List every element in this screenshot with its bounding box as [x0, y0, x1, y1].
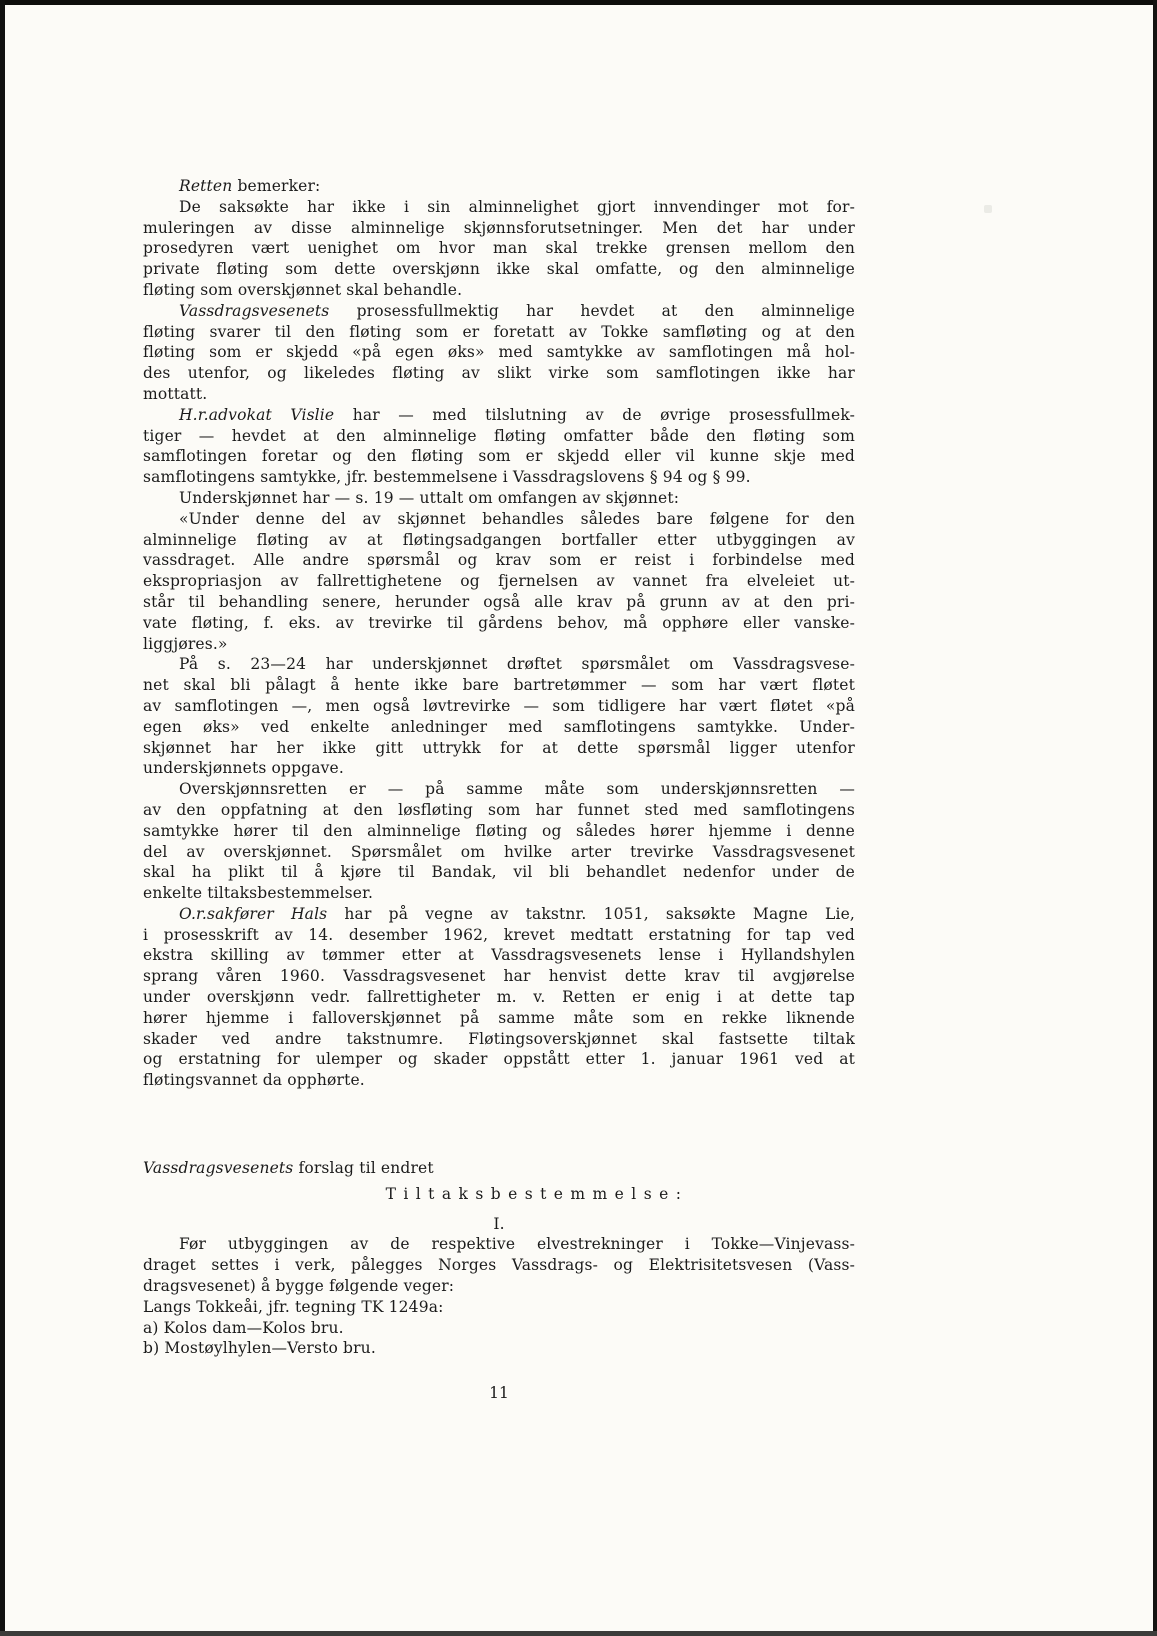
text-line: Før utbyggingen av de respektive elvestr…	[143, 1234, 855, 1255]
text-segment: under overskjønn vedr. fallrettigheter m…	[143, 988, 855, 1006]
text-line: Vassdragsvesenets prosessfullmektig har …	[143, 301, 855, 322]
text-line: av den oppfatning at den løsfløting som …	[143, 800, 855, 821]
text-line: i prosesskrift av 14. desember 1962, kre…	[143, 925, 855, 946]
text-segment: egen øks» ved enkelte anledninger med sa…	[143, 718, 855, 736]
text-line: H.r.advokat Vislie har — med tilslutning…	[143, 405, 855, 426]
text-line: Retten bemerker:	[143, 176, 855, 197]
text-segment: alminnelige fløting av at fløtingsadgang…	[143, 531, 855, 549]
text-segment: har på vegne av takstnr. 1051, saksøkte …	[327, 905, 855, 923]
text-segment: Underskjønnet har — s. 19 — uttalt om om…	[179, 489, 679, 507]
text-line: ekspropriasjon av fallrettighetene og fj…	[143, 571, 855, 592]
text-segment: fløting svarer til den fløting som er fo…	[143, 323, 855, 341]
text-segment: ekstra skilling av tømmer etter at Vassd…	[143, 946, 855, 964]
text-line: vate fløting, f. eks. av trevirke til gå…	[143, 613, 855, 634]
text-line: alminnelige fløting av at fløtingsadgang…	[143, 530, 855, 551]
text-line: står til behandling senere, herunder ogs…	[143, 592, 855, 613]
italic-text-segment: Retten	[179, 177, 232, 195]
text-segment: «Under denne del av skjønnet behandles s…	[179, 510, 855, 528]
text-line: fløtingsvannet da opphørte.	[143, 1070, 855, 1091]
text-segment: dragsvesenet) å bygge følgende veger:	[143, 1277, 454, 1295]
scan-edge-bottom	[0, 1631, 1157, 1636]
text-line: De saksøkte har ikke i sin alminnelighet…	[143, 197, 855, 218]
text-line: skjønnet har her ikke gitt uttrykk for a…	[143, 738, 855, 759]
text-line: Tiltaksbestemmelse:	[143, 1184, 855, 1205]
text-line: net skal bli pålagt å hente ikke bare ba…	[143, 675, 855, 696]
text-segment: vate fløting, f. eks. av trevirke til gå…	[143, 614, 855, 632]
text-segment: Tiltaksbestemmelse:	[386, 1185, 689, 1203]
text-segment: skjønnet har her ikke gitt uttrykk for a…	[143, 739, 855, 757]
text-line: private fløting som dette overskjønn ikk…	[143, 259, 855, 280]
text-segment: og erstatning for ulemper og skader opps…	[143, 1050, 855, 1068]
text-segment: ekspropriasjon av fallrettighetene og fj…	[143, 572, 855, 590]
text-segment: prosessfullmektig har hevdet at den almi…	[329, 302, 855, 320]
scanned-document-page: { "document": { "page_number": "11", "li…	[0, 0, 1157, 1636]
text-segment: a) Kolos dam—Kolos bru.	[143, 1319, 344, 1337]
page-number: 11	[143, 1384, 855, 1402]
text-line: «Under denne del av skjønnet behandles s…	[143, 509, 855, 530]
text-segment: I.	[493, 1215, 504, 1233]
text-line: draget settes i verk, pålegges Norges Va…	[143, 1255, 855, 1276]
text-segment: enkelte tiltaksbestemmelser.	[143, 884, 373, 902]
text-segment: hører hjemme i falloverskjønnet på samme…	[143, 1009, 855, 1027]
text-segment: muleringen av disse alminnelige skjønnsf…	[143, 219, 855, 237]
italic-text-segment: Vassdragsvesenets	[179, 302, 329, 320]
text-line: Overskjønnsretten er — på samme måte som…	[143, 779, 855, 800]
text-segment: liggjøres.»	[143, 635, 228, 653]
scan-edge-right	[1153, 0, 1157, 1636]
text-line: ekstra skilling av tømmer etter at Vassd…	[143, 945, 855, 966]
text-segment: skal ha plikt til å kjøre til Bandak, vi…	[143, 863, 855, 881]
text-line: I.	[143, 1214, 855, 1235]
text-line: dragsvesenet) å bygge følgende veger:	[143, 1276, 855, 1297]
text-line: fløting som overskjønnet skal behandle.	[143, 280, 855, 301]
italic-text-segment: H.r.advokat Vislie	[179, 406, 334, 424]
text-segment: har — med tilslutning av de øvrige prose…	[334, 406, 855, 424]
text-line: liggjøres.»	[143, 634, 855, 655]
text-segment: fløtingsvannet da opphørte.	[143, 1071, 365, 1089]
text-line: egen øks» ved enkelte anledninger med sa…	[143, 717, 855, 738]
text-segment: Overskjønnsretten er — på samme måte som…	[179, 780, 855, 798]
text-line: enkelte tiltaksbestemmelser.	[143, 883, 855, 904]
text-segment: i prosesskrift av 14. desember 1962, kre…	[143, 926, 855, 944]
text-line: Langs Tokkeåi, jfr. tegning TK 1249a:	[143, 1297, 855, 1318]
text-line: mottatt.	[143, 384, 855, 405]
text-segment: av samflotingen —, men også løvtrevirke …	[143, 697, 855, 715]
text-line: av samflotingen —, men også løvtrevirke …	[143, 696, 855, 717]
scan-speckle	[984, 205, 992, 213]
text-segment: Før utbyggingen av de respektive elvestr…	[179, 1235, 855, 1253]
text-line: samflotingen foretar og den fløting som …	[143, 446, 855, 467]
text-segment: De saksøkte har ikke i sin alminnelighet…	[179, 198, 855, 216]
text-line: O.r.sakfører Hals har på vegne av takstn…	[143, 904, 855, 925]
text-line: b) Mostøylhylen—Versto bru.	[143, 1338, 855, 1359]
text-segment: samflotingen foretar og den fløting som …	[143, 447, 855, 465]
text-segment: står til behandling senere, herunder ogs…	[143, 593, 855, 611]
text-segment: private fløting som dette overskjønn ikk…	[143, 260, 855, 278]
text-line: hører hjemme i falloverskjønnet på samme…	[143, 1008, 855, 1029]
text-segment: sprang våren 1960. Vassdragsvesenet har …	[143, 967, 855, 985]
text-line: og erstatning for ulemper og skader opps…	[143, 1049, 855, 1070]
text-line: del av overskjønnet. Spørsmålet om hvilk…	[143, 842, 855, 863]
text-line: a) Kolos dam—Kolos bru.	[143, 1318, 855, 1339]
text-segment: draget settes i verk, pålegges Norges Va…	[143, 1256, 855, 1274]
text-segment: av den oppfatning at den løsfløting som …	[143, 801, 855, 819]
text-line: samflotingens samtykke, jfr. bestemmelse…	[143, 467, 855, 488]
text-line: prosedyren vært uenighet om hvor man ska…	[143, 238, 855, 259]
text-segment: del av overskjønnet. Spørsmålet om hvilk…	[143, 843, 855, 861]
text-segment: forslag til endret	[293, 1159, 433, 1177]
text-line: muleringen av disse alminnelige skjønnsf…	[143, 218, 855, 239]
text-line: under overskjønn vedr. fallrettigheter m…	[143, 987, 855, 1008]
scan-edge-left	[0, 0, 5, 1636]
text-segment: vassdraget. Alle andre spørsmål og krav …	[143, 551, 855, 569]
text-segment: des utenfor, og likeledes fløting av sli…	[143, 364, 855, 382]
text-line: Vassdragsvesenets forslag til endret	[143, 1158, 855, 1179]
text-line: skal ha plikt til å kjøre til Bandak, vi…	[143, 862, 855, 883]
text-line: vassdraget. Alle andre spørsmål og krav …	[143, 550, 855, 571]
text-line: underskjønnets oppgave.	[143, 758, 855, 779]
text-line: samtykke hører til den alminnelige fløti…	[143, 821, 855, 842]
text-segment: Langs Tokkeåi, jfr. tegning TK 1249a:	[143, 1298, 444, 1316]
text-segment: skader ved andre takstnumre. Fløtingsove…	[143, 1030, 855, 1048]
text-segment: prosedyren vært uenighet om hvor man ska…	[143, 239, 855, 257]
text-segment: b) Mostøylhylen—Versto bru.	[143, 1339, 376, 1357]
text-segment: mottatt.	[143, 385, 207, 403]
text-line: skader ved andre takstnumre. Fløtingsove…	[143, 1029, 855, 1050]
italic-text-segment: Vassdragsvesenets	[143, 1159, 293, 1177]
text-line: sprang våren 1960. Vassdragsvesenet har …	[143, 966, 855, 987]
text-segment: tiger — hevdet at den alminnelige fløtin…	[143, 427, 855, 445]
text-segment: fløting som overskjønnet skal behandle.	[143, 281, 462, 299]
text-segment: samflotingens samtykke, jfr. bestemmelse…	[143, 468, 751, 486]
text-segment: På s. 23—24 har underskjønnet drøftet sp…	[179, 655, 855, 673]
text-segment: samtykke hører til den alminnelige fløti…	[143, 822, 855, 840]
text-line: På s. 23—24 har underskjønnet drøftet sp…	[143, 654, 855, 675]
text-segment: fløting som er skjedd «på egen øks» med …	[143, 343, 855, 361]
italic-text-segment: O.r.sakfører Hals	[179, 905, 327, 923]
text-line: fløting som er skjedd «på egen øks» med …	[143, 342, 855, 363]
text-line: Underskjønnet har — s. 19 — uttalt om om…	[143, 488, 855, 509]
text-line: tiger — hevdet at den alminnelige fløtin…	[143, 426, 855, 447]
text-segment: net skal bli pålagt å hente ikke bare ba…	[143, 676, 855, 694]
document-text: Retten bemerker:De saksøkte har ikke i s…	[143, 176, 855, 1359]
text-line: des utenfor, og likeledes fløting av sli…	[143, 363, 855, 384]
text-segment: underskjønnets oppgave.	[143, 759, 344, 777]
text-line: fløting svarer til den fløting som er fo…	[143, 322, 855, 343]
scan-edge-top	[0, 0, 1157, 5]
text-segment: bemerker:	[232, 177, 320, 195]
